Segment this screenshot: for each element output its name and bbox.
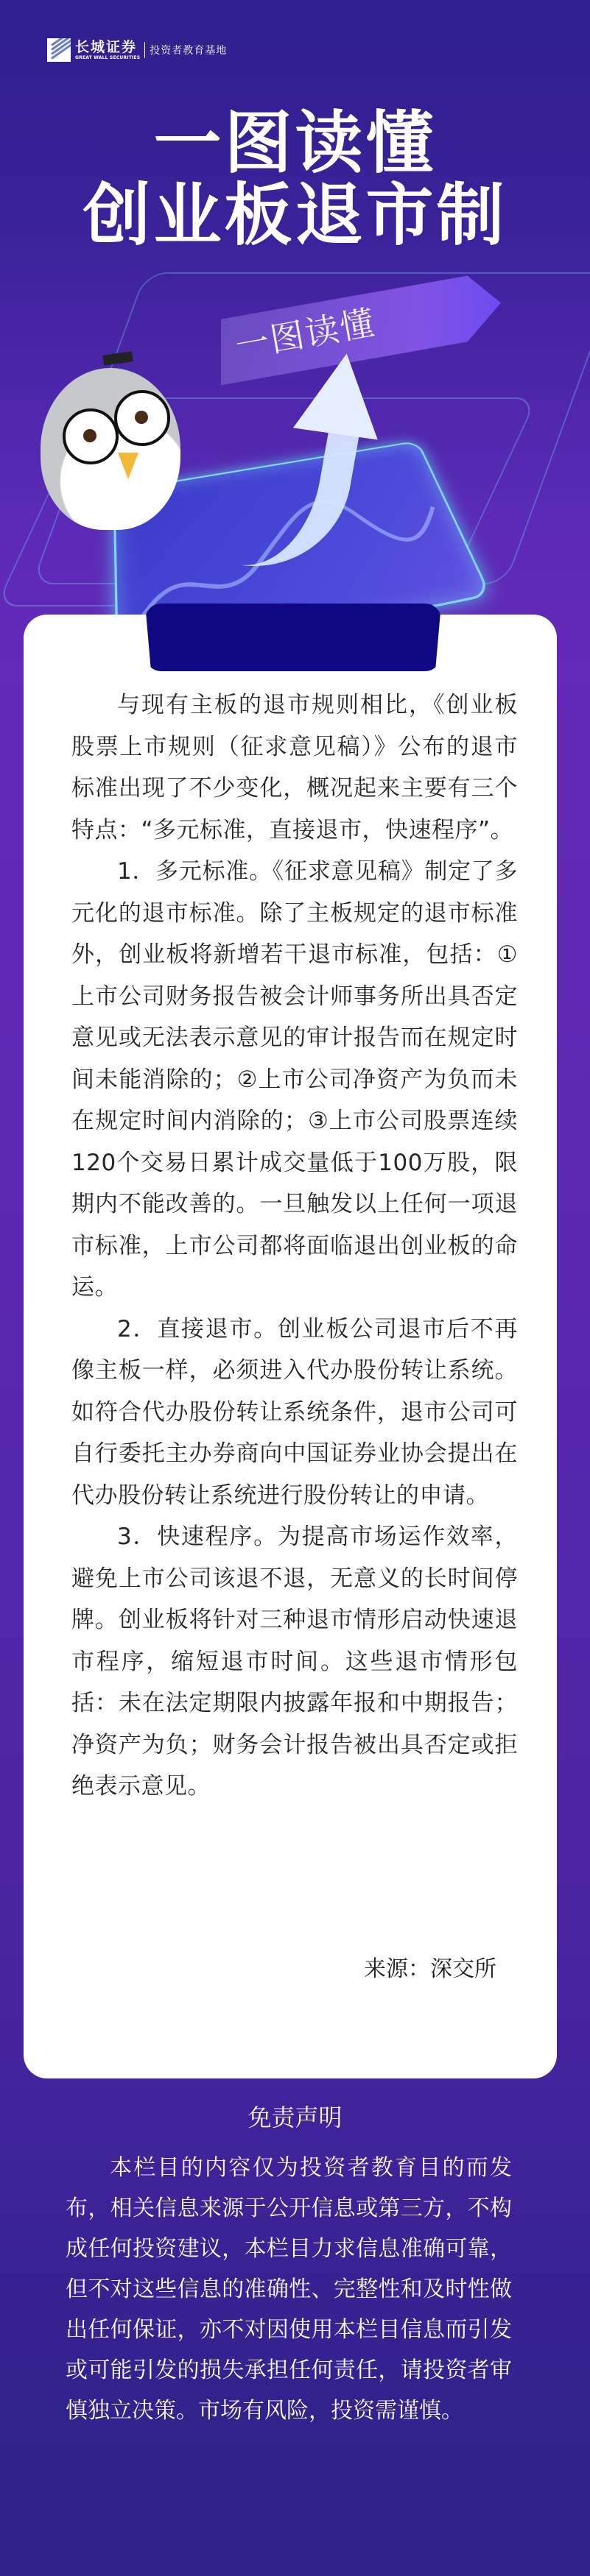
- disclaimer-paragraph: 本栏目的内容仅为投资者教育目的而发布，相关信息来源于公开信息或第三方，不构成任何…: [66, 2148, 512, 2431]
- brand-name-cn: 长城证券: [75, 39, 140, 55]
- page-title-line1: 一图读懂: [0, 103, 590, 184]
- owl-beak: [118, 453, 138, 479]
- article-body: 与现有主板的退市规则相比，《创业板股票上市规则（征求意见稿）》公布的退市标准出现…: [71, 684, 518, 1808]
- brand-sub-label: 投资者教育基地: [150, 43, 227, 57]
- up-arrow-head-icon: [293, 347, 389, 439]
- graduation-cap-icon: [102, 351, 133, 365]
- brand-name-en: GREAT WALL SECURITIES: [75, 55, 140, 61]
- disclaimer-body: 本栏目的内容仅为投资者教育目的而发布，相关信息来源于公开信息或第三方，不构成任何…: [66, 2148, 512, 2431]
- disclaimer-title: 免责声明: [0, 2099, 590, 2133]
- brand-name: 长城证券 GREAT WALL SECURITIES: [75, 39, 140, 61]
- owl-mascot-icon: [41, 353, 188, 530]
- point-direct-delisting: 2．直接退市。创业板公司退市后不再像主板一样，必须进入代办股份转让系统。如符合代…: [71, 1309, 518, 1517]
- page-title-line2: 创业板退市制: [0, 175, 590, 256]
- intro-paragraph: 与现有主板的退市规则相比，《创业板股票上市规则（征求意见稿）》公布的退市标准出现…: [71, 684, 518, 851]
- point-fast-procedure: 3．快速程序。为提高市场运作效率，避免上市公司该退不退，无意义的长时间停牌。创业…: [71, 1516, 518, 1808]
- source-attribution: 来源：深交所: [364, 1950, 496, 1983]
- brand-logo: 长城证券 GREAT WALL SECURITIES 投资者教育基地: [47, 38, 227, 62]
- logo-divider: [144, 42, 145, 58]
- card-header-tab: [145, 604, 441, 671]
- owl-eye-left: [63, 408, 119, 464]
- owl-eye-right: [114, 390, 170, 446]
- great-wall-logo-icon: [47, 38, 71, 62]
- point-multi-standard: 1．多元标准。《征求意见稿》制定了多元化的退市标准。除了主板规定的退市标准外，创…: [71, 851, 518, 1309]
